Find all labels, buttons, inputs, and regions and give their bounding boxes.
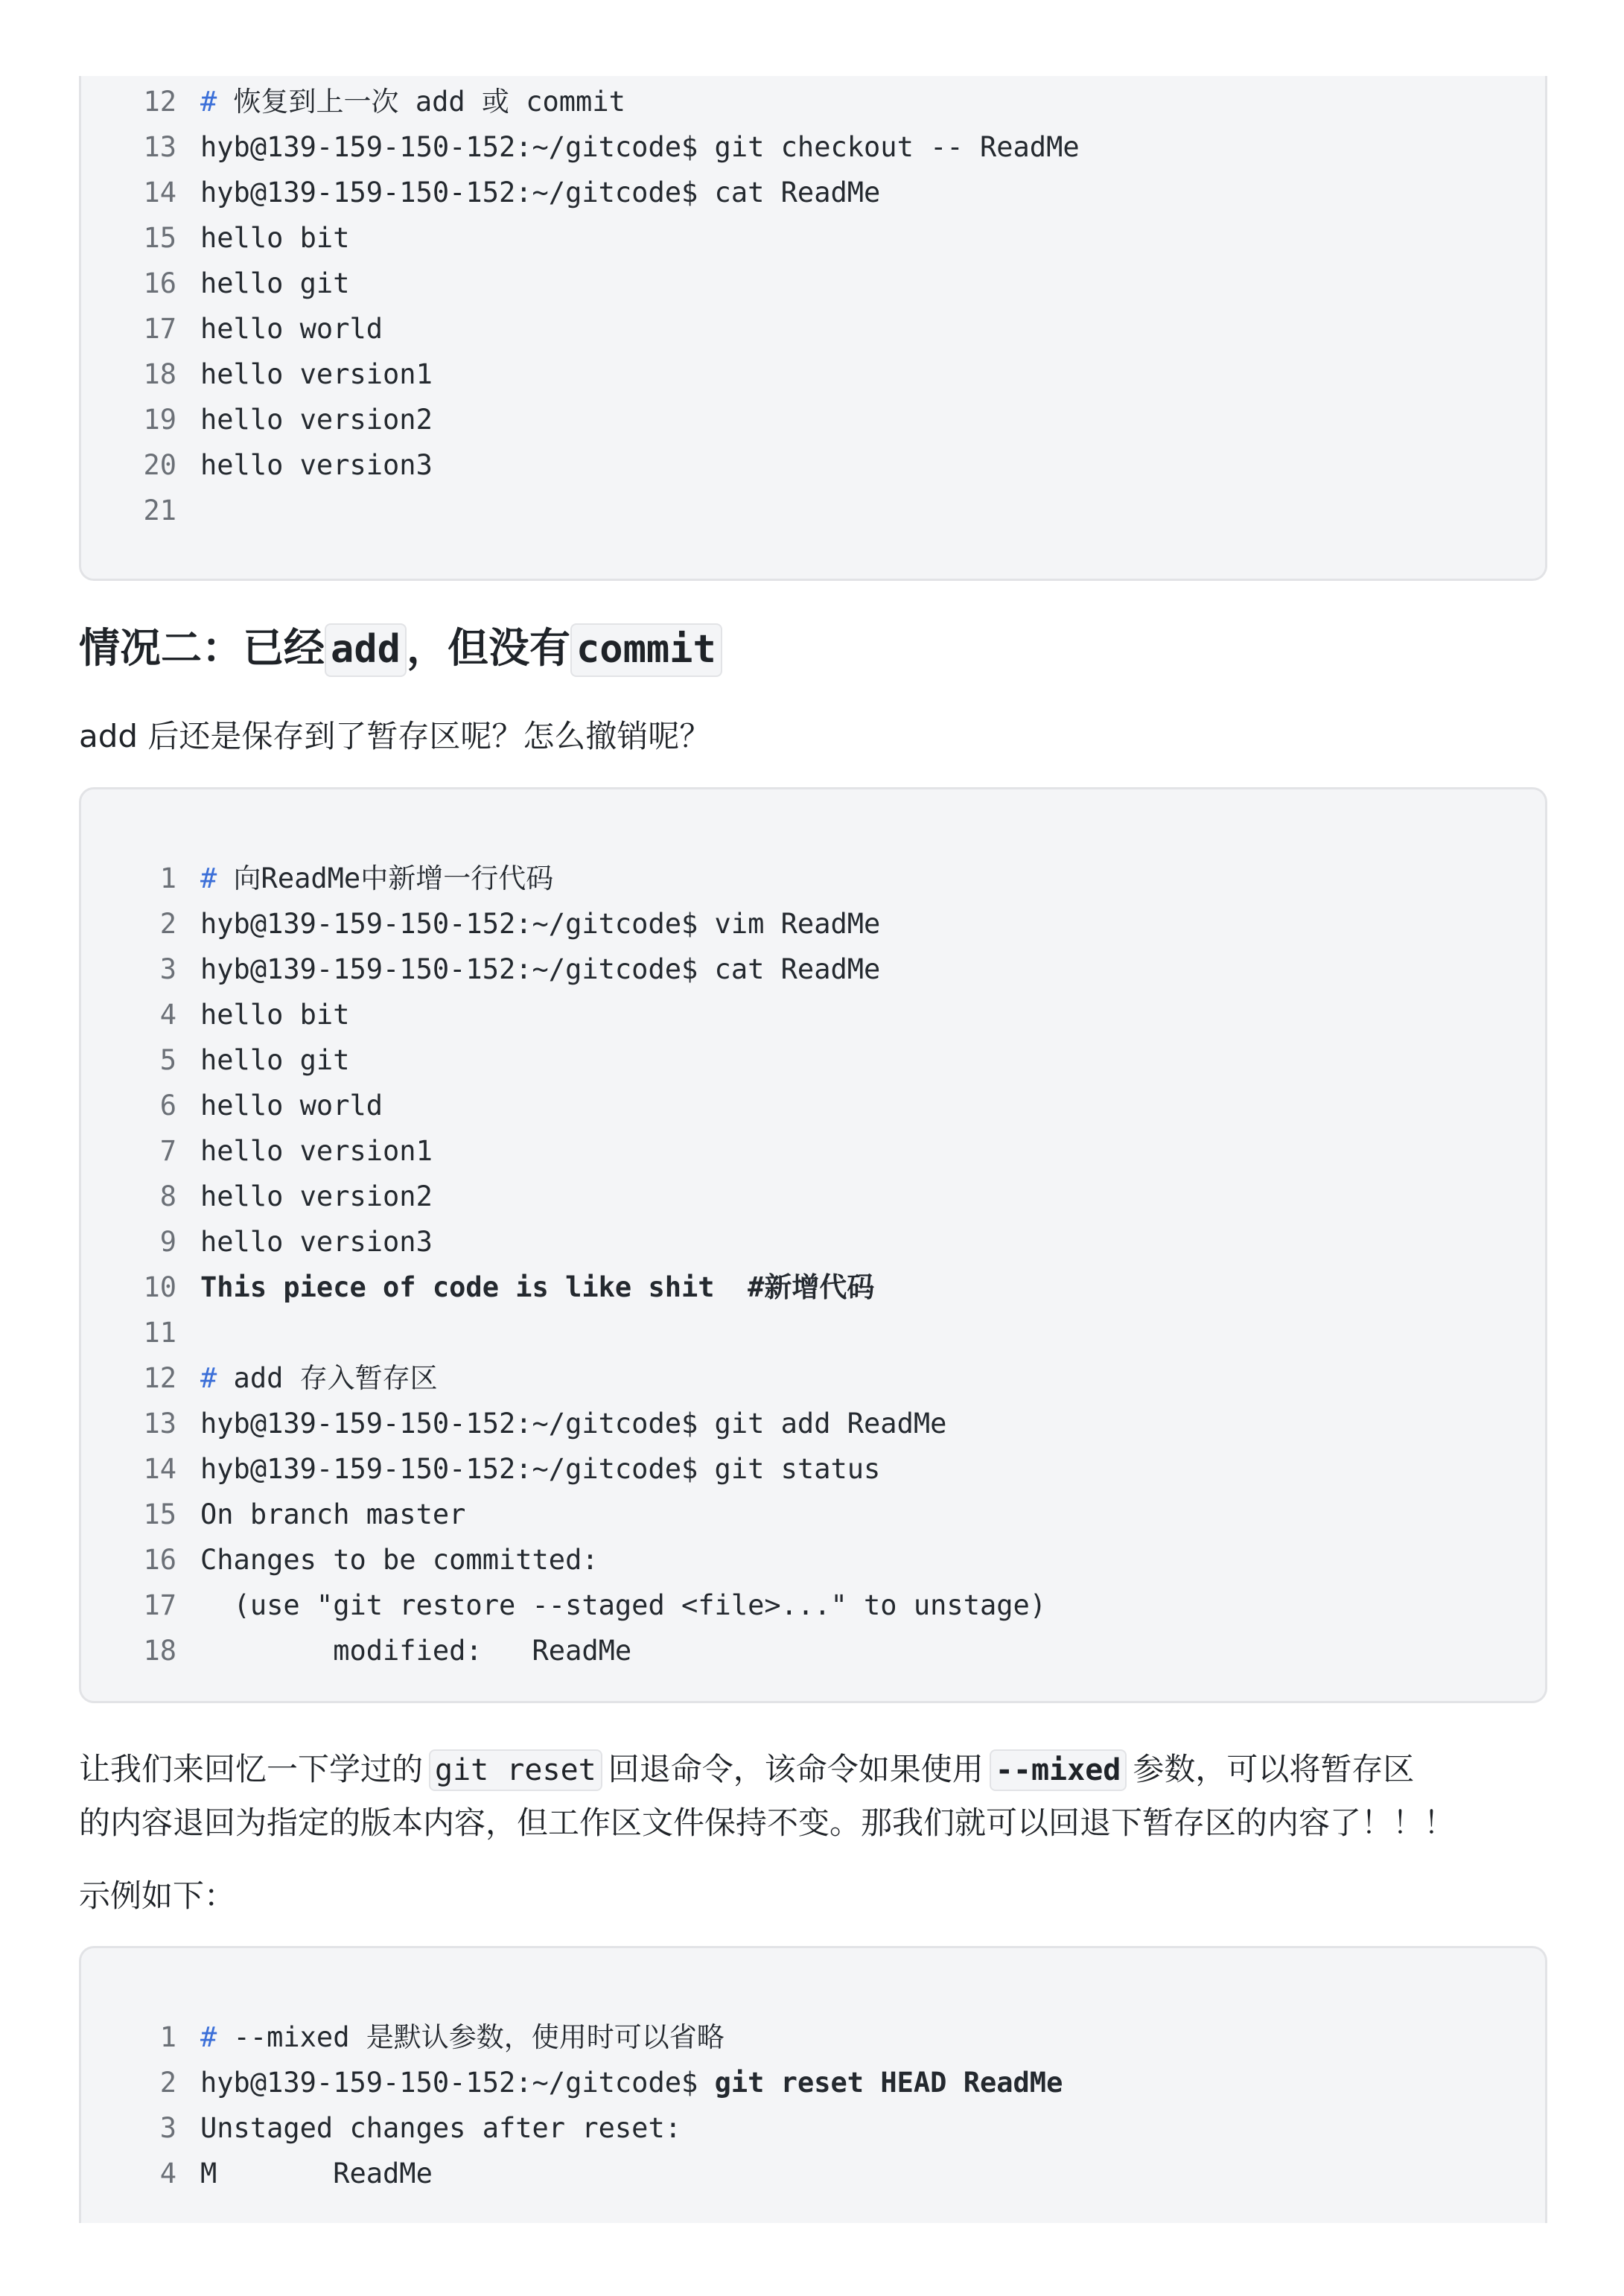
paragraph-text: 参数，可以将暂存区 xyxy=(1133,1751,1414,1787)
line-number: 15 xyxy=(81,215,176,261)
code-text: hyb@139-159-150-152:~/gitcode$ xyxy=(200,2067,715,2099)
code-text: hyb@139-159-150-152:~/gitcode$ git check… xyxy=(200,124,1080,170)
code-line: 17 (use "git restore --staged <file>..."… xyxy=(81,1583,1046,1628)
inline-code-git-reset: git reset xyxy=(429,1749,602,1791)
code-line: 2hyb@139-159-150-152:~/gitcode$ git rese… xyxy=(81,2060,1063,2105)
code-text: hello version3 xyxy=(200,1219,433,1265)
code-line: 3Unstaged changes after reset: xyxy=(81,2105,681,2151)
code-text: Changes to be committed: xyxy=(200,1537,599,1583)
line-number: 1 xyxy=(81,2014,176,2060)
code-line: 11 xyxy=(81,1310,200,1355)
line-number: 19 xyxy=(81,397,176,442)
code-text: On branch master xyxy=(200,1492,465,1537)
code-text: 恢复到上一次 add 或 commit xyxy=(217,86,625,118)
example-label: 示例如下： xyxy=(79,1869,235,1923)
line-number: 16 xyxy=(81,261,176,306)
line-number: 18 xyxy=(81,1628,176,1673)
code-line: 19hello version2 xyxy=(81,397,433,442)
code-line: 20hello version3 xyxy=(81,442,433,488)
code-block-checkout: 12# 恢复到上一次 add 或 commit 13hyb@139-159-15… xyxy=(79,76,1547,581)
line-number: 18 xyxy=(81,352,176,397)
code-line: 12# add 存入暂存区 xyxy=(81,1355,438,1401)
comment-marker: # xyxy=(200,862,217,894)
code-text: hello version2 xyxy=(200,1174,433,1219)
code-text-highlighted: git reset HEAD ReadMe xyxy=(715,2067,1063,2099)
line-number: 3 xyxy=(81,2105,176,2151)
inline-code-commit: commit xyxy=(570,623,722,677)
code-line: 17hello world xyxy=(81,306,383,352)
code-text: --mixed 是默认参数，使用时可以省略 xyxy=(217,2021,724,2053)
intro-paragraph: add 后还是保存到了暂存区呢？怎么撤销呢？ xyxy=(79,710,710,763)
code-text-highlighted: This piece of code is like shit #新增代码 xyxy=(200,1265,874,1310)
code-line: 13hyb@139-159-150-152:~/gitcode$ git che… xyxy=(81,124,1080,170)
line-number: 12 xyxy=(81,79,176,124)
code-text: hello world xyxy=(200,306,383,352)
line-number: 10 xyxy=(81,1265,176,1310)
code-text: 向ReadMe中新增一行代码 xyxy=(217,862,553,894)
code-line: 15hello bit xyxy=(81,215,349,261)
code-line: 18 modified: ReadMe xyxy=(81,1628,631,1673)
code-line: 1# 向ReadMe中新增一行代码 xyxy=(81,856,553,901)
code-line: 14hyb@139-159-150-152:~/gitcode$ git sta… xyxy=(81,1446,880,1492)
code-line: 21 xyxy=(81,488,200,533)
paragraph-text: 让我们来回忆一下学过的 xyxy=(79,1751,423,1787)
code-line: 5hello git xyxy=(81,1037,349,1083)
line-number: 4 xyxy=(81,992,176,1037)
code-line: 3hyb@139-159-150-152:~/gitcode$ cat Read… xyxy=(81,947,880,992)
comment-marker: # xyxy=(200,86,217,118)
code-text: hyb@139-159-150-152:~/gitcode$ vim ReadM… xyxy=(200,901,880,947)
line-number: 12 xyxy=(81,1355,176,1401)
line-number: 6 xyxy=(81,1083,176,1128)
code-text: hello version2 xyxy=(200,397,433,442)
line-number: 2 xyxy=(81,2060,176,2105)
comment-marker: # xyxy=(200,1362,217,1394)
line-number: 15 xyxy=(81,1492,176,1537)
line-number: 2 xyxy=(81,901,176,947)
code-text: hello bit xyxy=(200,215,349,261)
code-line: 4hello bit xyxy=(81,992,349,1037)
line-number: 13 xyxy=(81,1401,176,1446)
code-line: 4M ReadMe xyxy=(81,2151,433,2196)
inline-code-add: add xyxy=(325,623,407,677)
section-heading: 情况二：已经add，但没有commit xyxy=(79,618,722,678)
code-line: 7hello version1 xyxy=(81,1128,433,1174)
code-line: 12# 恢复到上一次 add 或 commit xyxy=(81,79,625,124)
code-block-reset: 1# --mixed 是默认参数，使用时可以省略 2hyb@139-159-15… xyxy=(79,1946,1547,2223)
paragraph-text: 回退命令，该命令如果使用 xyxy=(608,1751,984,1787)
line-number: 17 xyxy=(81,1583,176,1628)
code-text: hyb@139-159-150-152:~/gitcode$ cat ReadM… xyxy=(200,170,880,215)
code-text: hello bit xyxy=(200,992,349,1037)
code-line: 18hello version1 xyxy=(81,352,433,397)
line-number: 14 xyxy=(81,1446,176,1492)
line-number: 13 xyxy=(81,124,176,170)
code-text: Unstaged changes after reset: xyxy=(200,2105,681,2151)
inline-code-mixed: --mixed xyxy=(990,1749,1127,1791)
code-line: 15On branch master xyxy=(81,1492,465,1537)
code-text: hello version1 xyxy=(200,352,433,397)
code-line: 9hello version3 xyxy=(81,1219,433,1265)
line-number: 5 xyxy=(81,1037,176,1083)
code-text: hello git xyxy=(200,1037,349,1083)
line-number: 7 xyxy=(81,1128,176,1174)
line-number: 20 xyxy=(81,442,176,488)
code-line: 1# --mixed 是默认参数，使用时可以省略 xyxy=(81,2014,725,2060)
line-number: 16 xyxy=(81,1537,176,1583)
code-text: add 存入暂存区 xyxy=(217,1362,437,1394)
line-number: 4 xyxy=(81,2151,176,2196)
line-number: 1 xyxy=(81,856,176,901)
code-line: 8hello version2 xyxy=(81,1174,433,1219)
heading-text: 情况二：已经 xyxy=(79,624,325,672)
line-number: 17 xyxy=(81,306,176,352)
explain-paragraph-line1: 让我们来回忆一下学过的git reset回退命令，该命令如果使用--mixed参… xyxy=(79,1743,1414,1796)
code-text: M ReadMe xyxy=(200,2151,433,2196)
line-number: 8 xyxy=(81,1174,176,1219)
code-text: (use "git restore --staged <file>..." to… xyxy=(200,1583,1046,1628)
code-text: hello world xyxy=(200,1083,383,1128)
explain-paragraph-line2: 的内容退回为指定的版本内容，但工作区文件保持不变。那我们就可以回退下暂存区的内容… xyxy=(79,1796,1455,1850)
code-text: hyb@139-159-150-152:~/gitcode$ cat ReadM… xyxy=(200,947,880,992)
comment-marker: # xyxy=(200,2021,217,2053)
code-line: 10This piece of code is like shit #新增代码 xyxy=(81,1265,874,1310)
line-number: 9 xyxy=(81,1219,176,1265)
code-text: hello git xyxy=(200,261,349,306)
line-number: 21 xyxy=(81,488,176,533)
code-line: 16Changes to be committed: xyxy=(81,1537,599,1583)
code-text: hyb@139-159-150-152:~/gitcode$ git add R… xyxy=(200,1401,946,1446)
code-text: modified: ReadMe xyxy=(200,1628,631,1673)
code-line: 16hello git xyxy=(81,261,349,306)
code-line: 14hyb@139-159-150-152:~/gitcode$ cat Rea… xyxy=(81,170,880,215)
code-line: 6hello world xyxy=(81,1083,383,1128)
code-line: 13hyb@139-159-150-152:~/gitcode$ git add… xyxy=(81,1401,946,1446)
code-text: hello version3 xyxy=(200,442,433,488)
line-number: 14 xyxy=(81,170,176,215)
code-line: 2hyb@139-159-150-152:~/gitcode$ vim Read… xyxy=(81,901,880,947)
code-block-add: 1# 向ReadMe中新增一行代码 2hyb@139-159-150-152:~… xyxy=(79,787,1547,1703)
line-number: 11 xyxy=(81,1310,176,1355)
code-text: hello version1 xyxy=(200,1128,433,1174)
heading-text: ，但没有 xyxy=(407,624,570,672)
line-number: 3 xyxy=(81,947,176,992)
code-text: hyb@139-159-150-152:~/gitcode$ git statu… xyxy=(200,1446,880,1492)
